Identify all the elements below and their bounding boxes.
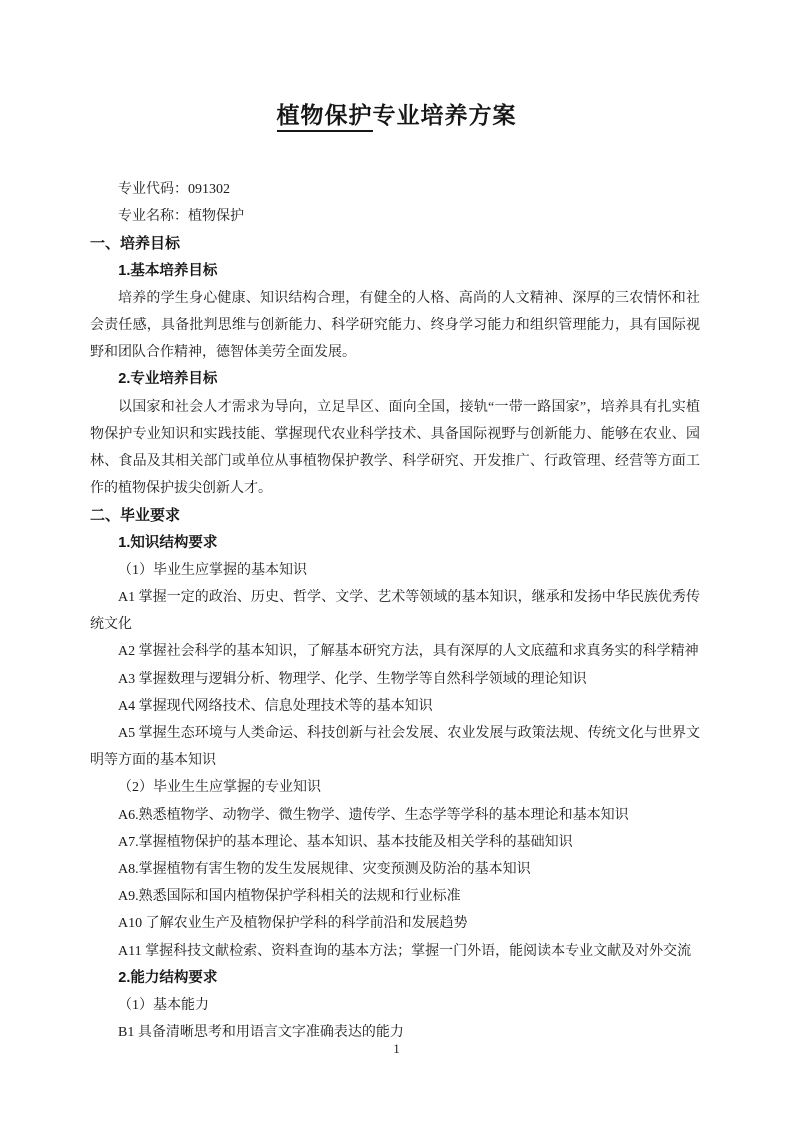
item-basic-ability-intro: （1）基本能力: [90, 992, 700, 1019]
item-a9: A9.熟悉国际和国内植物保护学科相关的法规和行业标准: [90, 883, 700, 910]
page-title: 植物保护专业培养方案: [0, 97, 793, 130]
item-a4: A4 掌握现代网络技术、信息处理技术等的基本知识: [90, 693, 700, 720]
section-2-heading: 二、毕业要求: [90, 502, 700, 529]
item-a10: A10 了解农业生产及植物保护学科的科学前沿和发展趋势: [90, 910, 700, 937]
item-a3: A3 掌握数理与逻辑分析、物理学、化学、生物学等自然科学领域的理论知识: [90, 666, 700, 693]
section-1-heading: 一、培养目标: [90, 230, 700, 257]
subsection-1-1-heading: 1.基本培养目标: [90, 258, 700, 285]
page-number: 1: [0, 1041, 793, 1057]
meta-major-code: 专业代码：091302: [90, 176, 700, 203]
item-basic-knowledge-intro: （1）毕业生应掌握的基本知识: [90, 557, 700, 584]
item-major-knowledge-intro: （2）毕业生生应掌握的专业知识: [90, 774, 700, 801]
title-underlined-text: 植物保护: [277, 102, 373, 132]
title-rest-text: 专业培养方案: [373, 102, 517, 128]
subsection-2-1-heading: 1.知识结构要求: [90, 530, 700, 557]
subsection-1-2-heading: 2.专业培养目标: [90, 366, 700, 393]
item-a7: A7.掌握植物保护的基本理论、基本知识、基本技能及相关学科的基础知识: [90, 829, 700, 856]
paragraph-basic-goal: 培养的学生身心健康、知识结构合理，有健全的人格、高尚的人文精神、深厚的三农情怀和…: [90, 285, 700, 367]
item-a11: A11 掌握科技文献检索、资料查询的基本方法；掌握一门外语，能阅读本专业文献及对…: [90, 938, 700, 965]
item-a5: A5 掌握生态环境与人类命运、科技创新与社会发展、农业发展与政策法规、传统文化与…: [90, 720, 700, 774]
item-a6: A6.熟悉植物学、动物学、微生物学、遗传学、生态学等学科的基本理论和基本知识: [90, 802, 700, 829]
document-page: 植物保护专业培养方案 专业代码：091302 专业名称：植物保护 一、培养目标 …: [0, 0, 793, 1122]
paragraph-major-goal: 以国家和社会人才需求为导向，立足旱区、面向全国，接轨“一带一路国家”，培养具有扎…: [90, 394, 700, 503]
meta-major-name: 专业名称：植物保护: [90, 203, 700, 230]
subsection-2-2-heading: 2.能力结构要求: [90, 965, 700, 992]
document-body: 专业代码：091302 专业名称：植物保护 一、培养目标 1.基本培养目标 培养…: [90, 176, 700, 1047]
item-a8: A8.掌握植物有害生物的发生发展规律、灾变预测及防治的基本知识: [90, 856, 700, 883]
item-a2: A2 掌握社会科学的基本知识，了解基本研究方法，具有深厚的人文底蕴和求真务实的科…: [90, 638, 700, 665]
item-a1: A1 掌握一定的政治、历史、哲学、文学、艺术等领域的基本知识，继承和发扬中华民族…: [90, 584, 700, 638]
